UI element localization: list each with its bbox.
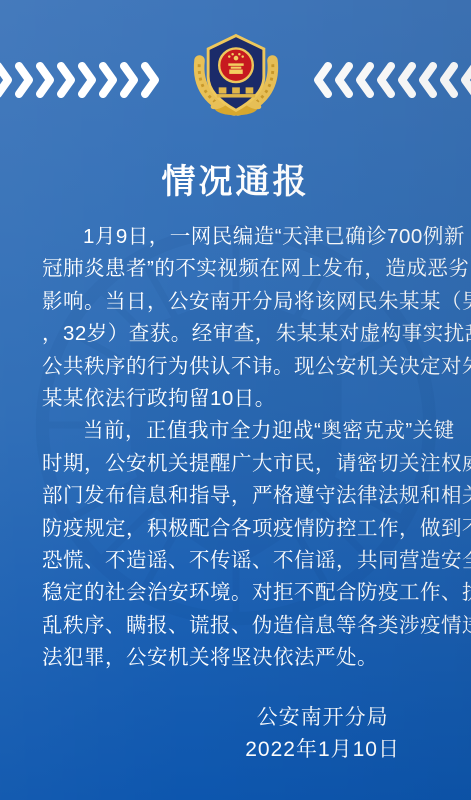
- chevron-left-icon: [417, 61, 437, 99]
- chevron-right-icon: [36, 61, 56, 99]
- paragraph2-line: 当前，正值我市全力迎战“奥密克戎”关键: [42, 415, 433, 447]
- chevron-left-icon: [396, 61, 416, 99]
- chevron-right-icon: [15, 61, 35, 99]
- notice-poster: 情况通报 1月9日，一网民编造“天津已确诊700例新 冠肺炎患者”的不实视频在网…: [0, 0, 471, 800]
- chevron-right-icon: [0, 61, 14, 99]
- notice-title: 情况通报: [0, 154, 471, 203]
- issuing-authority: 公安南开分局: [245, 702, 400, 734]
- chevron-left-icon: [459, 61, 471, 99]
- paragraph1-line: 影响。当日，公安南开分局将该网民朱某某（男: [42, 286, 433, 318]
- police-emblem-icon: [188, 24, 284, 120]
- chevron-right-icon: [78, 61, 98, 99]
- chevron-left-icon: [312, 61, 332, 99]
- paragraph1-line: 1月9日，一网民编造“天津已确诊700例新: [42, 221, 433, 253]
- chevron-left-icon: [375, 61, 395, 99]
- signature-block: 公安南开分局 2022年1月10日: [245, 702, 400, 766]
- chevron-right-icon: [120, 61, 140, 99]
- right-chevron-row: [312, 61, 471, 99]
- paragraph2-line: 乱秩序、瞒报、谎报、伪造信息等各类涉疫情违: [42, 610, 433, 642]
- paragraph2-line: 法犯罪，公安机关将坚决依法严处。: [42, 642, 433, 674]
- chevron-right-icon: [57, 61, 77, 99]
- header: [0, 0, 471, 150]
- paragraph2-line: 部门发布信息和指导，严格遵守法律法规和相关: [42, 480, 433, 512]
- paragraph2-line: 时期，公安机关提醒广大市民，请密切关注权威: [42, 448, 433, 480]
- issue-date: 2022年1月10日: [245, 734, 400, 766]
- paragraph1-line: 公共秩序的行为供认不讳。现公安机关决定对朱: [42, 351, 433, 383]
- chevron-left-icon: [333, 61, 353, 99]
- left-chevron-row: [0, 61, 161, 99]
- paragraph2-line: 防疫规定，积极配合各项疫情防控工作，做到不: [42, 513, 433, 545]
- chevron-right-icon: [141, 61, 161, 99]
- notice-body: 1月9日，一网民编造“天津已确诊700例新 冠肺炎患者”的不实视频在网上发布，造…: [42, 221, 433, 675]
- paragraph1-line: 某某依法行政拘留10日。: [42, 383, 433, 415]
- paragraph1-line: 冠肺炎患者”的不实视频在网上发布，造成恶劣: [42, 253, 433, 285]
- paragraph2-line: 稳定的社会治安环境。对拒不配合防疫工作、扰: [42, 577, 433, 609]
- paragraph1-line: ，32岁）查获。经审查，朱某某对虚构事实扰乱: [42, 318, 433, 350]
- chevron-left-icon: [438, 61, 458, 99]
- chevron-right-icon: [99, 61, 119, 99]
- chevron-left-icon: [354, 61, 374, 99]
- paragraph2-line: 恐慌、不造谣、不传谣、不信谣，共同营造安全: [42, 545, 433, 577]
